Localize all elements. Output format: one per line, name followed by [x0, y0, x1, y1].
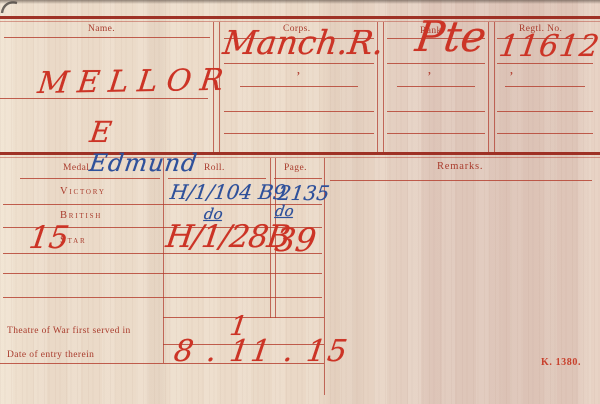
victory-roll-handwritten: H/1/104 B9 — [169, 182, 287, 202]
victory-page-handwritten: 2135 — [277, 183, 331, 203]
rule — [497, 111, 593, 112]
ditto-tick: ’ — [509, 70, 514, 86]
rule — [4, 37, 210, 38]
medal-row-victory-label: Victory — [60, 186, 106, 197]
regtl-no-handwritten: 11612 — [497, 32, 600, 62]
ditto-tick: ’ — [296, 70, 301, 86]
remarks-column-label: Remarks. — [437, 161, 483, 172]
initial-handwritten: E — [88, 118, 113, 147]
rule — [274, 178, 322, 179]
date-of-entry-label: Date of entry therein — [7, 350, 94, 360]
column-rule — [494, 22, 495, 152]
medal-index-card: Name. Corps. Rank. Regtl. No. Medal. Rol… — [0, 0, 600, 404]
corps-handwritten: Manch.R. — [221, 26, 386, 59]
rule — [397, 86, 475, 87]
rule — [497, 133, 593, 134]
rank-handwritten: Pte — [413, 16, 489, 58]
rule — [387, 111, 485, 112]
ditto-tick: ’ — [427, 70, 432, 86]
form-reference-number: K. 1380. — [541, 357, 581, 368]
name-column-label: Name. — [88, 24, 115, 34]
surname-handwritten: MELLOR — [36, 66, 234, 99]
rule — [224, 111, 374, 112]
star-page-handwritten: 39 — [273, 224, 318, 256]
rule — [240, 86, 358, 87]
rule — [20, 178, 160, 179]
star-roll-handwritten: H/1/28B — [164, 222, 291, 253]
roll-column-label: Roll. — [204, 163, 225, 173]
column-rule — [163, 158, 164, 363]
rule — [0, 21, 600, 22]
rule — [224, 63, 374, 64]
rule — [0, 16, 600, 19]
page-column-label: Page. — [284, 163, 307, 173]
corner-mark — [0, 0, 20, 14]
theatre-of-war-label: Theatre of War first served in — [7, 326, 131, 336]
rule — [387, 133, 485, 134]
rule — [330, 180, 592, 181]
rule — [505, 86, 585, 87]
first-name-annotation-handwritten: Edmund — [88, 151, 199, 175]
scan-edge-smudge — [0, 0, 600, 4]
date-of-entry-value-handwritten: 8 . 11 . 15 — [172, 337, 351, 367]
rule — [224, 133, 374, 134]
rule — [168, 178, 266, 179]
column-rule — [488, 22, 489, 152]
rule — [387, 63, 485, 64]
star-prefix-handwritten: 15 — [27, 223, 71, 254]
british-page-ditto-handwritten: do — [274, 204, 295, 219]
